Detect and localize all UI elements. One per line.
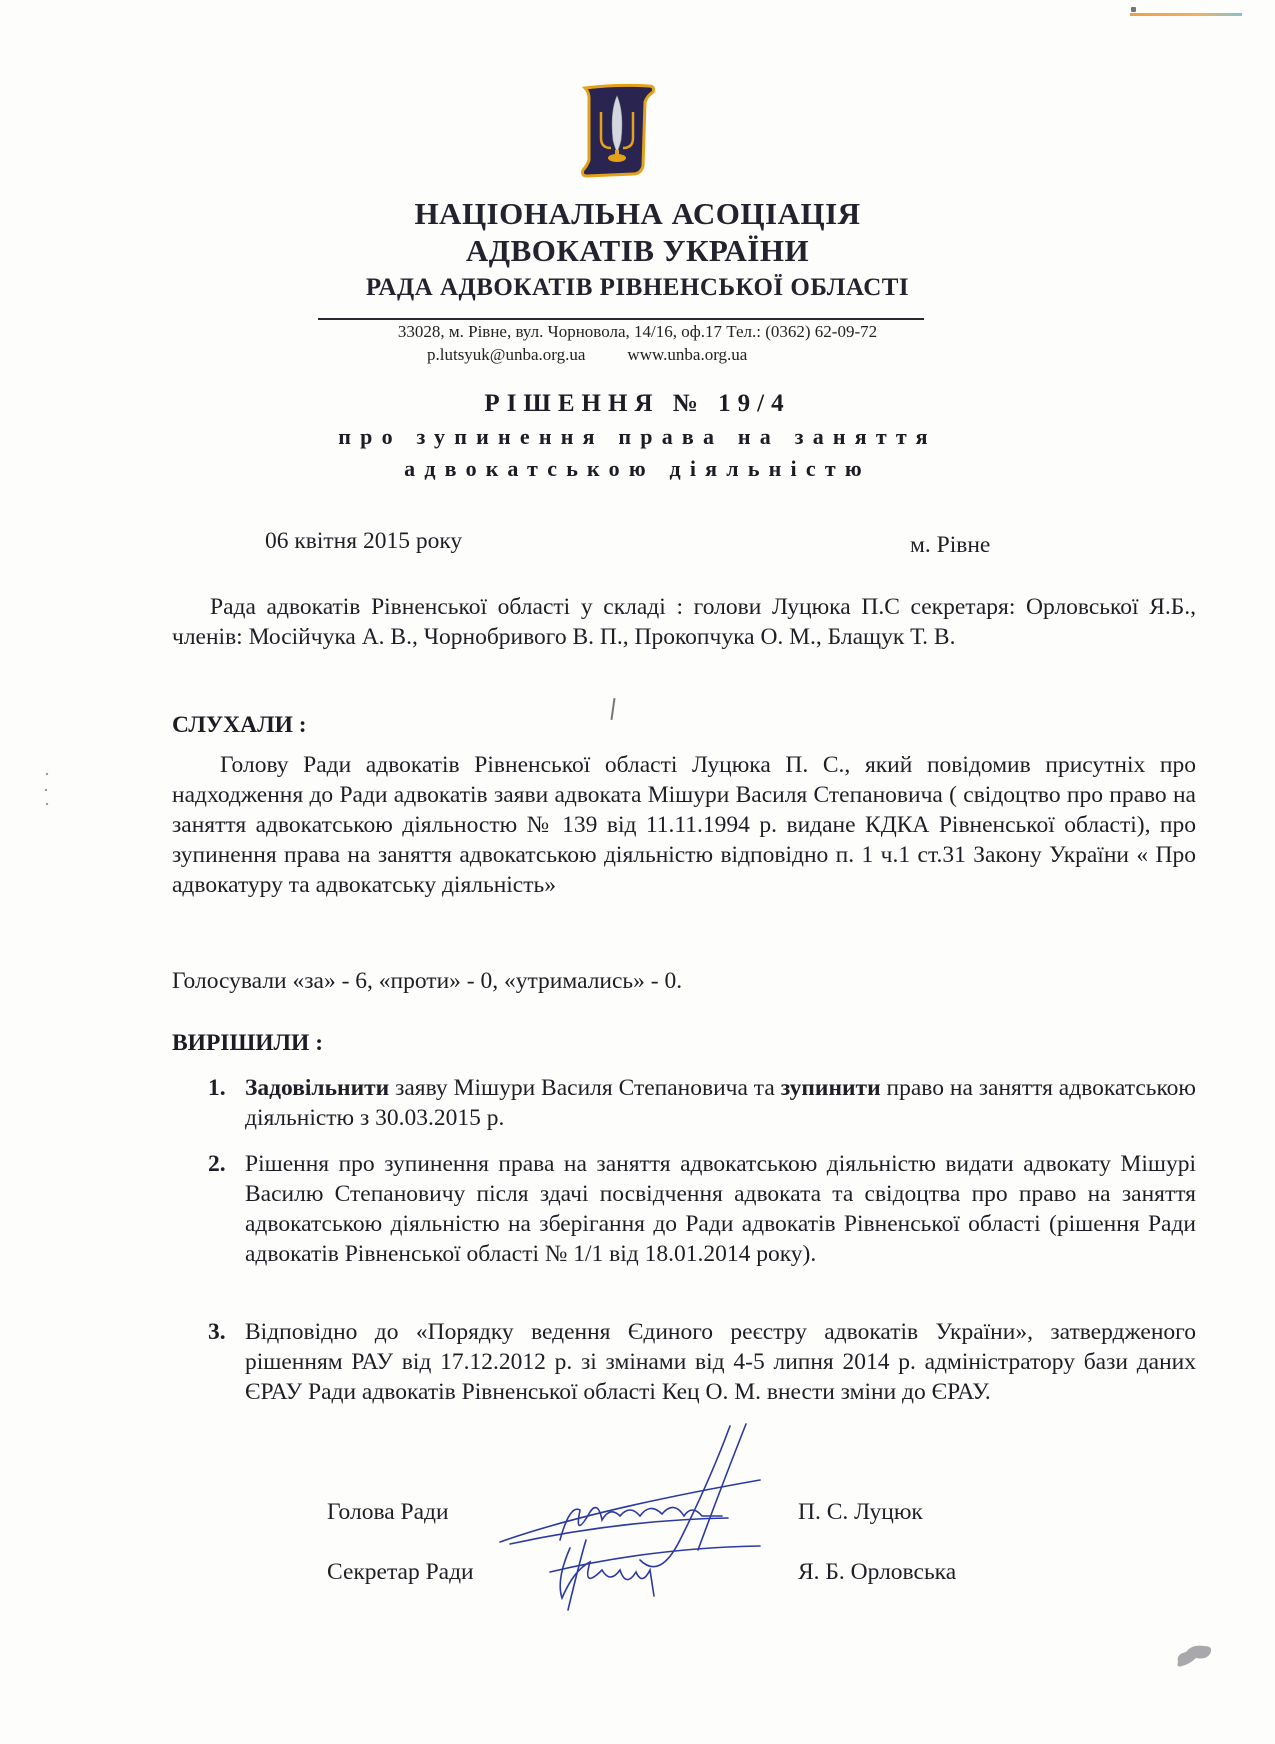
document-date: 06 квітня 2015 року <box>265 526 462 556</box>
decision-emphasis: Задовільнити <box>245 1075 389 1101</box>
signatory-role: Секретар Ради <box>327 1557 474 1587</box>
org-name-line1: НАЦІОНАЛЬНА АСОЦІАЦІЯ <box>0 196 1275 232</box>
decision-text: Задовільнити заяву Мішури Василя Степано… <box>245 1073 1196 1133</box>
decision-text: Відповідно до «Порядку ведення Єдиного р… <box>245 1317 1196 1407</box>
signatory-role: Голова Ради <box>327 1497 449 1527</box>
scan-dots <box>44 770 50 810</box>
decision-text: Рішення про зупинення права на заняття а… <box>245 1149 1196 1269</box>
council-composition: Рада адвокатів Рівненської області у скл… <box>172 592 1196 652</box>
heard-paragraph: Голову Ради адвокатів Рівненської област… <box>172 750 1196 900</box>
decision-subtitle-line1: про зупинення права на заняття <box>0 424 1275 450</box>
decision-text-part: заяву Мішури Василя Степановича та <box>389 1075 780 1101</box>
scan-mark <box>610 698 615 720</box>
council-text: Рада адвокатів Рівненської області у скл… <box>172 594 1196 650</box>
handwritten-signature-icon <box>470 1420 830 1620</box>
stain-mark <box>1170 1640 1218 1670</box>
decision-emphasis: зупинити <box>781 1075 881 1101</box>
decision-item: 1. Задовільнити заяву Мішури Василя Степ… <box>208 1073 1196 1133</box>
org-name-line2: АДВОКАТІВ УКРАЇНИ <box>0 233 1275 269</box>
address: 33028, м. Рівне, вул. Чорновола, 14/16, … <box>0 322 1275 342</box>
website: www.unba.org.ua <box>627 345 747 364</box>
heard-heading: СЛУХАЛИ : <box>172 712 307 739</box>
decision-item: 2. Рішення про зупинення права на занятт… <box>208 1149 1196 1269</box>
council-name: РАДА АДВОКАТІВ РІВНЕНСЬКОЇ ОБЛАСТІ <box>0 274 1275 302</box>
decision-item: 3. Відповідно до «Порядку ведення Єдиног… <box>208 1317 1196 1407</box>
vote-result: Голосували «за» - 6, «проти» - 0, «утрим… <box>172 966 682 996</box>
scan-mark <box>1131 7 1136 12</box>
decision-number: 2. <box>208 1149 226 1179</box>
scan-edge-line <box>1130 13 1242 16</box>
document-city: м. Рівне <box>910 530 990 560</box>
email: p.lutsyuk@unba.org.ua <box>427 345 585 364</box>
decision-title: РІШЕННЯ № 19/4 <box>0 390 1275 418</box>
decision-number: 1. <box>208 1073 226 1103</box>
decision-subtitle-line2: адвокатською діяльністю <box>0 456 1275 482</box>
unba-logo-icon <box>577 82 657 178</box>
heard-text: Голову Ради адвокатів Рівненської област… <box>172 752 1196 898</box>
letterhead-divider <box>318 318 924 320</box>
decision-number: 3. <box>208 1317 226 1347</box>
contacts: p.lutsyuk@unba.org.uawww.unba.org.ua <box>427 345 747 365</box>
decided-heading: ВИРІШИЛИ : <box>172 1030 323 1057</box>
